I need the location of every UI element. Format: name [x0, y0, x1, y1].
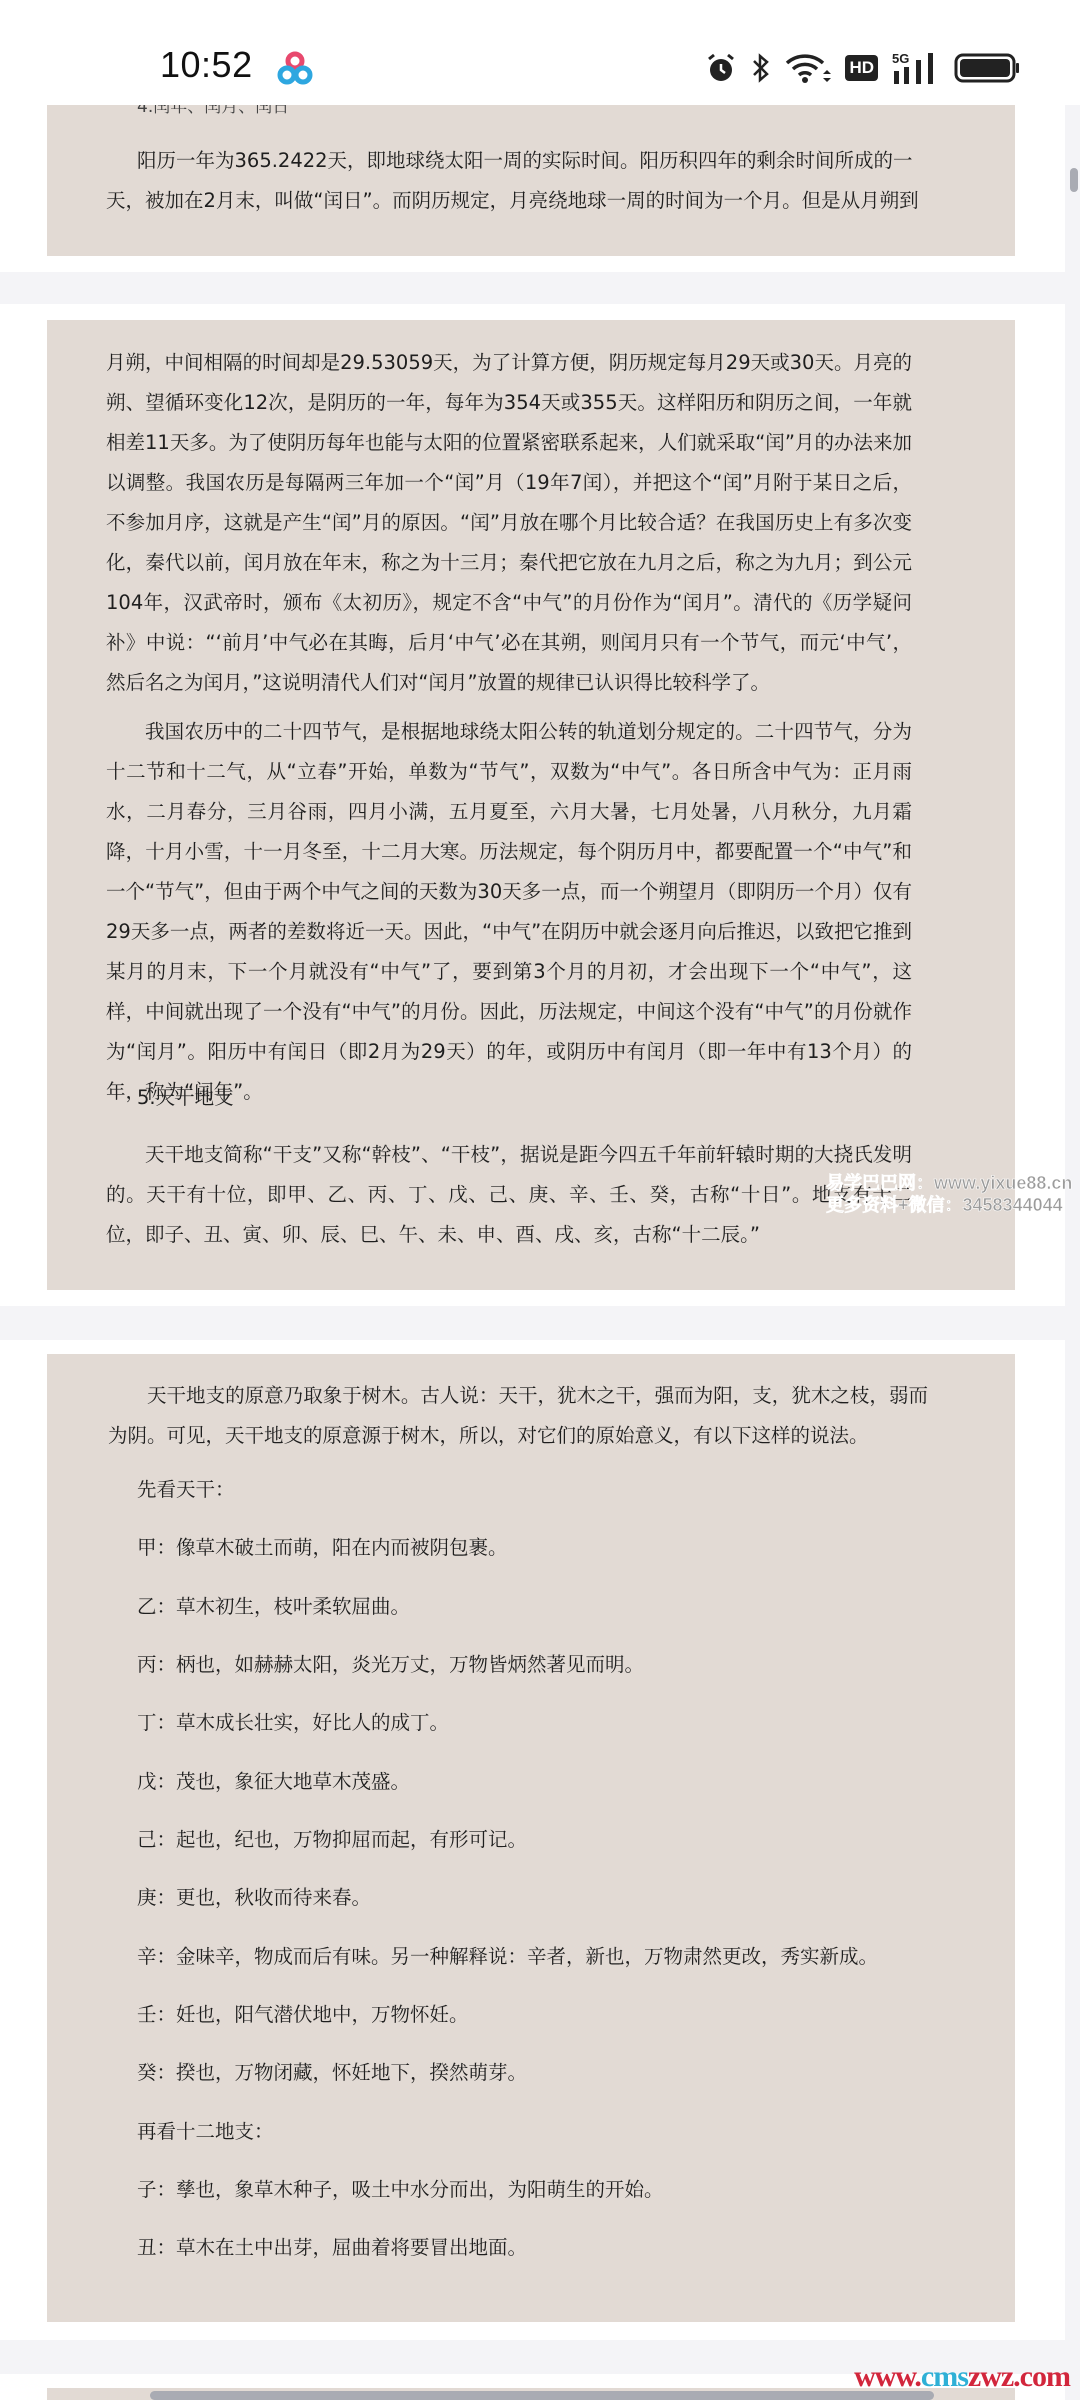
- list-item: 庚：更也，秋收而待来春。: [137, 1883, 371, 1913]
- list-item: 壬：妊也，阳气潜伏地中，万物怀妊。: [137, 2000, 469, 2030]
- paragraph-leap-month: 月朔，中间相隔的时间却是29.53059天，为了计算方便，阴历规定每月29天或3…: [106, 343, 912, 703]
- 5g-signal-icon: 5G: [892, 51, 940, 85]
- horizontal-scrollbar-thumb[interactable]: [150, 2391, 934, 2400]
- section-heading: 5.天干地支: [137, 1083, 234, 1113]
- list-item: 丁：草木成长壮实，好比人的成丁。: [137, 1708, 449, 1738]
- list-item: 甲：像草木破土而萌，阳在内而被阴包裹。: [137, 1533, 508, 1563]
- page-gap: [0, 272, 1080, 304]
- battery-icon: [954, 53, 1020, 83]
- list-item: 丙：柄也，如赫赫太阳，炎光万丈，万物皆炳然著见而明。: [137, 1650, 644, 1680]
- wifi-icon: [785, 52, 831, 84]
- svg-text:5G: 5G: [892, 51, 909, 66]
- page-gap: [0, 1306, 1080, 1340]
- list-item: 再看十二地支：: [137, 2117, 274, 2147]
- list-item: 子：孳也，象草木种子，吸土中水分而出，为阳萌生的开始。: [137, 2175, 664, 2205]
- hd-icon: HD: [845, 55, 878, 81]
- watermark-overlay: 易学巴巴网：www.yixue88.cn 更多资料+微信：3458344044: [826, 1172, 1072, 1216]
- paragraph-ganzhi: 天干地支简称“干支”又称“幹枝”、“干枝”，据说是距今四五千年前轩辕时期的大挠氏…: [106, 1135, 912, 1255]
- watermark-line-2: 更多资料+微信：3458344044: [826, 1194, 1072, 1216]
- page-1-content: [47, 105, 1015, 256]
- list-item: 己：起也，纪也，万物抑屈而起，有形可记。: [137, 1825, 527, 1855]
- list-item: 辛：金味辛，物成而后有味。另一种解释说：辛者，新也，万物肃然更改，秀实新成。: [137, 1942, 878, 1972]
- paragraph-tree-origin: 天干地支的原意乃取象于树木。古人说：天干，犹木之干，强而为阳，支，犹木之枝，弱而…: [108, 1376, 928, 1456]
- page-1-line-2: 天，被加在2月末，叫做“闰日”。而阴历规定，月亮绕地球一周的时间为一个月。但是从…: [106, 186, 919, 216]
- list-item: 先看天干：: [137, 1475, 235, 1505]
- watermark-part: www.: [854, 2360, 921, 2393]
- watermark-line-1: 易学巴巴网：www.yixue88.cn: [826, 1172, 1072, 1194]
- alarm-icon: [705, 52, 737, 84]
- list-item: 戊：茂也，象征大地草木茂盛。: [137, 1767, 410, 1797]
- page-1-line-1: 阳历一年为365.2422天，即地球绕太阳一周的实际时间。阳历积四年的剩余时间所…: [137, 146, 913, 176]
- baidu-netdisk-icon: [275, 48, 315, 88]
- list-item: 乙：草木初生，枝叶柔软屈曲。: [137, 1592, 410, 1622]
- watermark-part: cms: [921, 2360, 968, 2393]
- list-item: 癸：揆也，万物闭藏，怀妊地下，揆然萌芽。: [137, 2058, 527, 2088]
- status-bar: 10:52 HD 5G: [0, 0, 1080, 105]
- site-watermark: www.cmszwz.com: [854, 2360, 1070, 2394]
- vertical-scrollbar-thumb[interactable]: [1070, 168, 1078, 192]
- bluetooth-icon: [751, 52, 771, 84]
- watermark-part: zwz.com: [968, 2360, 1070, 2393]
- paragraph-solar-terms: 我国农历中的二十四节气，是根据地球绕太阳公转的轨道划分规定的。二十四节气，分为十…: [106, 712, 912, 1112]
- list-item: 丑：草木在土中出芽，屈曲着将要冒出地面。: [137, 2233, 527, 2263]
- status-time: 10:52: [160, 44, 253, 86]
- status-icons: HD 5G: [705, 48, 1020, 88]
